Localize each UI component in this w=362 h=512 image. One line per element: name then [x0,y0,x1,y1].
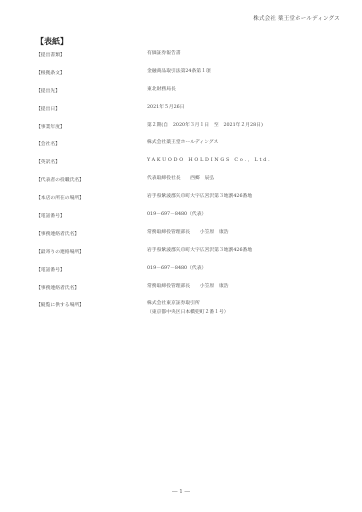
field-row-public-inspection: 【縦覧に供する場所】 株式会社東京証券取引所 （東京都中央区日本橋兜町２番１号） [36,301,336,325]
document-header-company: 株式会社 薬王堂ホールディングス [253,14,340,22]
field-value: 常務取締役管理部長 小笠原 康浩 [147,282,336,291]
field-value-line-2: （東京都中央区日本橋兜町２番１号） [147,308,336,317]
field-value: 東北財務局長 [147,85,336,94]
field-label: 【事務連絡者氏名】 [36,230,147,237]
field-value-line-1: 株式会社東京証券取引所 [147,299,336,308]
field-label: 【会社名】 [36,140,147,147]
field-value: YAKUODO HOLDINGS Co., Ltd. [147,156,336,165]
field-value: 株式会社東京証券取引所 （東京都中央区日本橋兜町２番１号） [147,299,336,317]
field-value: 019－697－8480（代表） [147,210,336,219]
field-label: 【事務連絡者氏名】 [36,284,147,291]
field-label: 【提出日】 [36,105,147,112]
field-value: 金融商品取引法第24条第１項 [147,67,336,76]
field-value: 岩手県紫波郡矢巾町大字広宮沢第３地割426番地 [147,246,336,255]
field-label: 【電話番号】 [36,212,147,219]
field-value: 岩手県紫波郡矢巾町大字広宮沢第３地割426番地 [147,192,336,201]
field-value: 有価証券報告書 [147,49,336,58]
field-value: 代表取締役社長 西郷 辰弘 [147,174,336,183]
page-number: ― 1 ― [0,489,362,495]
field-label: 【代表者の役職氏名】 [36,176,147,183]
page-title: 【表紙】 [36,36,68,47]
field-value: 株式会社薬王堂ホールディングス [147,138,336,147]
field-value: 常務取締役管理部長 小笠原 康浩 [147,228,336,237]
field-label: 【根拠条文】 [36,69,147,76]
field-label: 【提出先】 [36,87,147,94]
field-label: 【事業年度】 [36,123,147,130]
field-label: 【縦覧に供する場所】 [36,301,147,308]
field-label: 【最寄りの連絡場所】 [36,248,147,255]
field-label: 【提出書類】 [36,51,147,58]
field-value: 2021年５月26日 [147,103,336,112]
field-value: 第２期(自 2020年３月１日 至 2021年２月28日) [147,121,336,130]
field-label: 【電話番号】 [36,266,147,273]
field-label: 【本店の所在の場所】 [36,194,147,201]
field-label: 【英訳名】 [36,158,147,165]
field-value: 019－697－8480（代表） [147,264,336,273]
cover-fields: 【提出書類】 有価証券報告書 【根拠条文】 金融商品取引法第24条第１項 【提出… [36,51,336,325]
